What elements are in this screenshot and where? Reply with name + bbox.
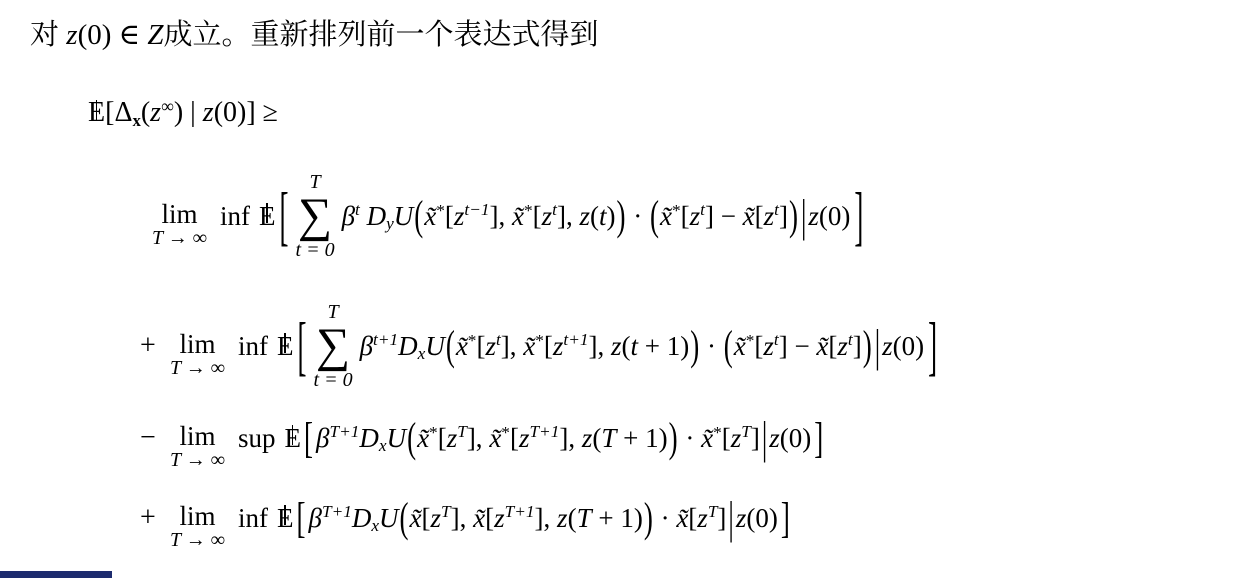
operator-sign: + xyxy=(140,502,170,534)
math-token: T+1 xyxy=(529,422,559,441)
math-token: E xyxy=(88,97,105,129)
math-token: * xyxy=(524,201,533,220)
math-token: t xyxy=(631,331,639,361)
close-bracket: ] xyxy=(928,313,937,379)
math-token: ) xyxy=(862,322,873,370)
formula-line-1: lim T → ∞ inf E [ T ∑ t = 0 βt DyU(x̃*[z… xyxy=(122,160,867,272)
math-token: z xyxy=(736,503,747,533)
math-token: ], xyxy=(535,503,558,533)
close-bracket: ] xyxy=(814,416,823,459)
math-token: [ xyxy=(688,503,697,533)
formula-line-3: − lim T → ∞ sup E [ βT+1DxU(x̃*[zT], x̃*… xyxy=(140,402,826,474)
open-bracket: [ xyxy=(280,183,289,249)
expectation-symbol: E xyxy=(277,331,294,362)
lim-subscript: T → ∞ xyxy=(170,450,225,471)
math-token: x̃ xyxy=(660,201,672,231)
math-token: U xyxy=(379,503,399,533)
math-token xyxy=(360,201,367,231)
math-token: z xyxy=(611,331,622,361)
math-token: · xyxy=(700,331,723,361)
close-bracket: ] xyxy=(781,496,790,539)
math-token: ) xyxy=(668,414,679,462)
math-token: U xyxy=(394,201,414,231)
math-token: ( xyxy=(592,423,601,453)
math-token: x̃ xyxy=(816,331,828,361)
lim-subscript: T → ∞ xyxy=(152,228,207,249)
open-bracket: [ xyxy=(298,313,307,379)
math-token: t xyxy=(599,201,607,231)
lim-subscript: T → ∞ xyxy=(170,358,225,379)
lim-subscript: T → ∞ xyxy=(170,530,225,551)
math-token: x̃ xyxy=(417,423,429,453)
math-token: z xyxy=(882,331,893,361)
math-token: [ xyxy=(722,423,731,453)
math-token: β xyxy=(342,201,355,231)
math-token: t xyxy=(774,330,779,349)
sum-symbol: ∑ xyxy=(316,323,350,369)
math-token: z xyxy=(697,503,708,533)
math-token: T xyxy=(708,502,718,521)
math-token: * xyxy=(713,423,722,442)
math-token: | xyxy=(799,190,808,243)
math-token: x xyxy=(379,436,387,455)
math-token: ( xyxy=(568,503,577,533)
expectation-symbol: E xyxy=(259,201,276,232)
lim-word: lim xyxy=(162,201,198,229)
expectation-symbol: E xyxy=(285,423,302,454)
math-token: x̃ xyxy=(743,201,755,231)
lim-word: lim xyxy=(180,503,216,531)
math-token: ], xyxy=(467,423,490,453)
math-token: D xyxy=(352,503,372,533)
formula-lhs: E[Δx(z∞) | z(0)] ≥ xyxy=(88,97,278,129)
math-token: ≥ xyxy=(263,97,278,128)
math-token: ) xyxy=(616,192,627,240)
limit-operator: lim T → ∞ xyxy=(152,201,207,250)
math-token: z xyxy=(494,503,505,533)
open-bracket: [ xyxy=(297,496,306,539)
math-token: t+1 xyxy=(563,330,588,349)
math-token: [ xyxy=(510,423,519,453)
math-token: ], xyxy=(557,201,580,231)
math-token: T xyxy=(441,502,451,521)
math-token: z xyxy=(519,423,530,453)
math-token: z xyxy=(485,331,496,361)
operator-sign: + xyxy=(140,330,170,362)
formula-line-4: + lim T → ∞ inf E [ βT+1DxU(x̃[zT], x̃[z… xyxy=(140,482,793,554)
lim-word: lim xyxy=(180,423,216,451)
math-token: T+1 xyxy=(322,502,352,521)
math-token: [ xyxy=(544,331,553,361)
math-token: β xyxy=(360,331,373,361)
math-token: t xyxy=(700,200,705,219)
math-token: · xyxy=(654,503,677,533)
formula-body: βT+1DxU(x̃[zT], x̃[zT+1], z(T + 1)) · x̃… xyxy=(309,503,778,534)
math-token: ] xyxy=(751,423,760,453)
math-token: T xyxy=(457,422,467,441)
math-token: D xyxy=(367,201,387,231)
math-token: U xyxy=(425,331,445,361)
open-bracket: [ xyxy=(304,416,313,459)
formula-body: βT+1DxU(x̃*[zT], x̃*[zT+1], z(T + 1)) · … xyxy=(316,423,811,454)
math-token: · xyxy=(627,201,650,231)
math-token: z xyxy=(763,331,774,361)
video-progress-bar xyxy=(0,571,112,578)
math-token: z xyxy=(837,331,848,361)
math-token: x̃ xyxy=(523,331,535,361)
math-token: D xyxy=(398,331,418,361)
math-token: ] − xyxy=(705,201,743,231)
math-token: x̃ xyxy=(410,503,422,533)
document-page: 对 z(0) ∈ Z成立。重新排列前一个表达式得到 E[Δx(z∞) | z(0… xyxy=(0,0,1236,578)
math-token: ] xyxy=(717,503,726,533)
math-token: t xyxy=(848,330,853,349)
math-token: ], xyxy=(589,331,612,361)
math-token: z xyxy=(553,331,564,361)
close-bracket: ] xyxy=(854,183,863,249)
math-token: z xyxy=(557,503,568,533)
math-token: (0)] xyxy=(214,97,263,128)
inf-word: inf xyxy=(238,503,268,534)
math-token: + 1) xyxy=(592,503,643,533)
math-token: ], xyxy=(451,503,474,533)
math-token: x̃ xyxy=(701,423,713,453)
formula-body: βt DyU(x̃*[zt−1], x̃*[zt], z(t)) · (x̃*[… xyxy=(342,201,851,232)
formula-body: βt+1DxU(x̃*[zt], x̃*[zt+1], z(t + 1)) · … xyxy=(360,331,925,362)
math-token: T+1 xyxy=(505,502,535,521)
math-token: (0) xyxy=(819,201,850,231)
math-token: U xyxy=(387,423,407,453)
math-token: ∞ xyxy=(161,96,174,116)
math-token: z xyxy=(66,19,77,51)
math-token: t+1 xyxy=(373,330,398,349)
math-token: ] xyxy=(779,201,788,231)
math-token: (0) xyxy=(893,331,924,361)
math-token: z xyxy=(150,97,161,128)
math-token: ], xyxy=(501,331,524,361)
math-token: x xyxy=(371,516,379,535)
math-token: [ xyxy=(681,201,690,231)
math-token: Δ xyxy=(114,97,132,128)
math-token: x̃ xyxy=(456,331,468,361)
math-token: z xyxy=(454,201,465,231)
math-token: (0) ∈ xyxy=(78,19,148,51)
math-token: t−1 xyxy=(464,200,489,219)
math-token: [ xyxy=(422,503,431,533)
math-token: * xyxy=(468,331,477,350)
sum-lower-limit: t = 0 xyxy=(314,369,353,391)
math-token: x̃ xyxy=(512,201,524,231)
math-token: | xyxy=(760,412,769,465)
inf-word: inf xyxy=(238,331,268,362)
math-token: x xyxy=(132,111,140,130)
limit-operator: lim T → ∞ xyxy=(170,331,225,380)
math-token: [ xyxy=(755,201,764,231)
math-token: ) xyxy=(788,192,799,240)
inf-word: inf xyxy=(220,201,250,232)
math-token: * xyxy=(535,331,544,350)
math-token: z xyxy=(808,201,819,231)
math-token: ( xyxy=(622,331,631,361)
math-token: z xyxy=(203,97,214,128)
math-token: [ xyxy=(445,201,454,231)
math-token: ], xyxy=(559,423,582,453)
math-token: * xyxy=(429,423,438,442)
math-token: x̃ xyxy=(489,423,501,453)
math-token: T xyxy=(741,422,751,441)
sum-symbol: ∑ xyxy=(298,193,332,239)
math-token: x̃ xyxy=(424,201,436,231)
math-token: ) xyxy=(643,494,654,542)
math-token: ( xyxy=(590,201,599,231)
math-token: * xyxy=(501,423,510,442)
math-token: z xyxy=(447,423,458,453)
math-token: z xyxy=(690,201,701,231)
operator-sign: − xyxy=(140,422,170,454)
formula-line-2: + lim T → ∞ inf E [ T ∑ t = 0 βt+1DxU(x̃… xyxy=(140,290,941,402)
limit-operator: lim T → ∞ xyxy=(170,423,225,472)
math-token: ] − xyxy=(779,331,817,361)
math-token: * xyxy=(746,331,755,350)
math-token: ], xyxy=(490,201,513,231)
math-token: t xyxy=(496,330,501,349)
math-token: z xyxy=(542,201,553,231)
math-token: t xyxy=(552,200,557,219)
math-token: ] xyxy=(853,331,862,361)
math-token: z xyxy=(431,503,442,533)
math-token: + 1) xyxy=(638,331,689,361)
math-token: ) xyxy=(689,322,700,370)
math-token: (0) xyxy=(746,503,777,533)
expectation-symbol: E xyxy=(277,503,294,534)
math-token: x̃ xyxy=(734,331,746,361)
math-token: [ xyxy=(438,423,447,453)
math-token: ( xyxy=(649,192,660,240)
math-token: z xyxy=(579,201,590,231)
math-token: y xyxy=(386,214,394,233)
math-token: T+1 xyxy=(330,422,360,441)
math-token: D xyxy=(359,423,379,453)
math-token: * xyxy=(436,201,445,220)
math-token: [ xyxy=(533,201,542,231)
math-token: T xyxy=(601,423,616,453)
math-token: * xyxy=(672,201,681,220)
math-token: ( xyxy=(406,414,417,462)
math-token: 成立。重新排列前一个表达式得到 xyxy=(163,19,598,51)
summation: T ∑ t = 0 xyxy=(296,171,335,261)
math-token: x xyxy=(418,344,426,363)
math-token: t xyxy=(355,200,360,219)
math-token: t xyxy=(774,200,779,219)
sup-word: sup xyxy=(238,423,276,454)
math-token: z xyxy=(582,423,593,453)
lim-word: lim xyxy=(180,331,216,359)
math-token: β xyxy=(316,423,329,453)
math-token: ( xyxy=(413,192,424,240)
limit-operator: lim T → ∞ xyxy=(170,503,225,552)
math-token: ( xyxy=(141,97,150,128)
math-token: z xyxy=(731,423,742,453)
math-token: ( xyxy=(445,322,456,370)
summation: T ∑ t = 0 xyxy=(314,301,353,391)
math-token: ) | xyxy=(174,97,203,128)
math-token: | xyxy=(873,320,882,373)
math-token: · xyxy=(679,423,702,453)
math-token: ( xyxy=(399,494,410,542)
math-token: ( xyxy=(723,322,734,370)
math-token: (0) xyxy=(780,423,811,453)
math-token: Z xyxy=(147,19,163,51)
math-token: T xyxy=(577,503,592,533)
math-token: z xyxy=(764,201,775,231)
math-token: [ xyxy=(485,503,494,533)
sum-lower-limit: t = 0 xyxy=(296,239,335,261)
math-token: x̃ xyxy=(473,503,485,533)
math-token: + 1) xyxy=(616,423,667,453)
math-token: β xyxy=(309,503,322,533)
math-token: | xyxy=(726,492,735,545)
paragraph-text: 对 z(0) ∈ Z成立。重新排列前一个表达式得到 xyxy=(30,12,599,53)
math-token: ) xyxy=(607,201,616,231)
math-token: x̃ xyxy=(676,503,688,533)
math-token: z xyxy=(769,423,780,453)
math-token: 对 xyxy=(30,19,66,51)
